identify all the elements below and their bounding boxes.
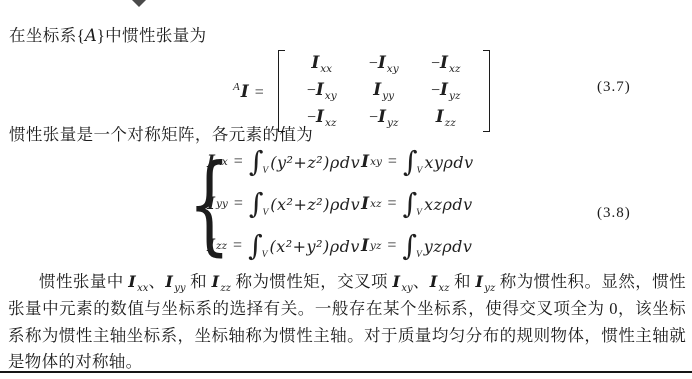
text-run: 和 [186, 272, 212, 291]
frame-symbol: A [85, 26, 97, 45]
equation-row: Iyy = ∫V (x²+z²)ρdv Ixz = ∫V xzρdv [207, 189, 474, 219]
math-subscript: yz [370, 240, 381, 252]
inertia-symbol: I [128, 272, 136, 291]
equals-sign: = [228, 195, 249, 213]
equation-number-3-8: (3.8) [597, 205, 631, 222]
matrix-bracket-right [483, 50, 490, 132]
matrix-cell: Iyy [373, 80, 394, 102]
text-run: 和 [449, 272, 475, 291]
matrix-symbol: I [440, 80, 448, 100]
equation-3-8: Ixx = ∫V (y²+z²)ρdv Ixy = ∫V xyρdv Iyy =… [207, 147, 474, 261]
integral-icon: ∫ [249, 148, 264, 176]
minus-sign: − [369, 55, 378, 72]
math-subscript: xy [401, 283, 412, 294]
minus-sign: − [307, 82, 316, 99]
inertia-symbol: I [361, 236, 369, 256]
inertia-symbol: I [207, 152, 215, 172]
integrand: yzρdv [424, 237, 473, 256]
matrix-symbol: I [316, 80, 324, 100]
text-run: 、 [148, 272, 165, 291]
integral-icon: ∫ [402, 232, 417, 260]
text-run: 称为惯性积。显然，惯性 [495, 272, 686, 291]
integrand: (y²+z²)ρdv [270, 153, 360, 172]
text-run: 惯性张量中 [39, 272, 128, 291]
intro-text-post: }中惯性张量为 [97, 26, 207, 45]
equals-sign: = [228, 153, 249, 171]
math-subscript: zz [220, 283, 231, 294]
matrix-cell: Ixx [311, 53, 332, 75]
body-paragraph: 惯性张量中 Ixx、Iyy 和 Izz 称为惯性矩，交叉项 Ixy、Ixz 和 … [8, 269, 686, 376]
tensor-lhs: AI= [233, 81, 270, 102]
math-subscript: xz [439, 283, 450, 294]
math-subscript: xy [387, 63, 399, 75]
inertia-symbol: I [165, 272, 173, 291]
equation-row: Izz = ∫V (x²+y²)ρdv Iyz = ∫V yzρdv [207, 231, 474, 261]
mid-line: 惯性张量是一个对称矩阵，各元素的值为 [9, 121, 313, 145]
minus-sign: − [431, 55, 440, 72]
integrand: xzρdv [424, 195, 473, 214]
matrix-cell: −Iyz [431, 80, 460, 102]
text-run: 、 [413, 272, 430, 291]
equals-sign: = [249, 84, 270, 101]
frame-superscript: A [233, 81, 240, 93]
paragraph-line-1: 惯性张量中 Ixx、Iyy 和 Izz 称为惯性矩，交叉项 Ixy、Ixz 和 … [8, 269, 686, 296]
page-bottom-rule [0, 371, 692, 373]
equation-3-7: AI= Ixx −Ixy −Ixz −Ixy Iyy −Iyz −Ixz −Iy… [233, 50, 490, 132]
paragraph-line-2: 张量中元素的数值与坐标系的选择有关。一般存在某个坐标系，使得交叉项全为 0，该坐… [8, 296, 686, 323]
tensor-symbol: I [241, 82, 249, 102]
equals-sign: = [227, 237, 248, 255]
matrix-bracket-left [278, 50, 285, 132]
integral-domain: V [262, 208, 268, 218]
minus-sign: − [431, 82, 440, 99]
intro-text-pre: 在坐标系{ [9, 26, 85, 45]
integral-icon: ∫ [248, 232, 263, 260]
math-subscript: yz [484, 283, 495, 294]
matrix-cell: −Iyz [369, 107, 398, 129]
equals-sign: = [381, 237, 402, 255]
math-subscript: xy [325, 90, 337, 102]
integral-icon: ∫ [403, 190, 418, 218]
integral-domain: V [262, 250, 268, 260]
math-subscript: xx [216, 156, 228, 168]
integral-icon: ∫ [249, 190, 264, 218]
minus-sign: − [369, 109, 378, 126]
integral-domain: V [417, 166, 423, 176]
integral-domain: V [416, 208, 422, 218]
inertia-symbol: I [212, 272, 220, 291]
math-subscript: xy [370, 156, 382, 168]
math-subscript: yy [216, 198, 228, 210]
math-subscript: yy [382, 90, 394, 102]
integral-icon: ∫ [403, 148, 418, 176]
inertia-symbol: I [393, 272, 401, 291]
math-subscript: yz [449, 90, 460, 102]
matrix-symbol: I [378, 53, 386, 73]
matrix-cell: −Ixy [369, 53, 399, 75]
matrix-symbol: I [378, 107, 386, 127]
matrix-symbol: I [311, 53, 319, 73]
inertia-symbol: I [430, 272, 438, 291]
equals-sign: = [382, 195, 403, 213]
matrix-cell: −Ixy [307, 80, 337, 102]
integrand: (x²+y²)ρdv [269, 237, 359, 256]
text-run: 称为惯性矩，交叉项 [231, 272, 393, 291]
inertia-matrix: Ixx −Ixy −Ixz −Ixy Iyy −Iyz −Ixz −Iyz Iz… [285, 50, 483, 132]
math-subscript: xx [137, 283, 148, 294]
equation-number-3-7: (3.7) [597, 79, 631, 96]
math-subscript: zz [445, 117, 456, 129]
equals-sign: = [382, 153, 403, 171]
math-subscript: xz [370, 198, 381, 210]
paragraph-line-3: 系称为惯性主轴坐标系，坐标轴称为惯性主轴。对于质量均匀分布的规则物体，惯性主轴就 [8, 323, 686, 350]
inertia-symbol: I [361, 152, 369, 172]
down-arrow-icon [132, 0, 146, 7]
math-subscript: xz [449, 63, 460, 75]
matrix-symbol: I [316, 107, 324, 127]
intro-line: 在坐标系{A}中惯性张量为 [9, 22, 207, 46]
textbook-page: 在坐标系{A}中惯性张量为 AI= Ixx −Ixy −Ixz −Ixy Iyy… [0, 0, 692, 379]
matrix-cell: −Ixz [431, 53, 460, 75]
matrix-symbol: I [440, 53, 448, 73]
math-subscript: yy [174, 283, 185, 294]
math-subscript: yz [387, 117, 398, 129]
inertia-symbol: I [207, 194, 215, 214]
math-subscript: xx [320, 63, 332, 75]
integral-domain: V [262, 166, 268, 176]
integral-domain: V [416, 250, 422, 260]
equation-row: Ixx = ∫V (y²+z²)ρdv Ixy = ∫V xyρdv [207, 147, 474, 177]
inertia-symbol: I [361, 194, 369, 214]
math-subscript: zz [216, 240, 227, 252]
integrand: (x²+z²)ρdv [270, 195, 360, 214]
matrix-cell: Izz [436, 107, 456, 129]
math-subscript: xz [325, 117, 336, 129]
inertia-symbol: I [207, 236, 215, 256]
inertia-symbol: I [476, 272, 484, 291]
matrix-symbol: I [373, 80, 381, 100]
integrand: xyρdv [424, 153, 473, 172]
matrix-symbol: I [436, 107, 444, 127]
